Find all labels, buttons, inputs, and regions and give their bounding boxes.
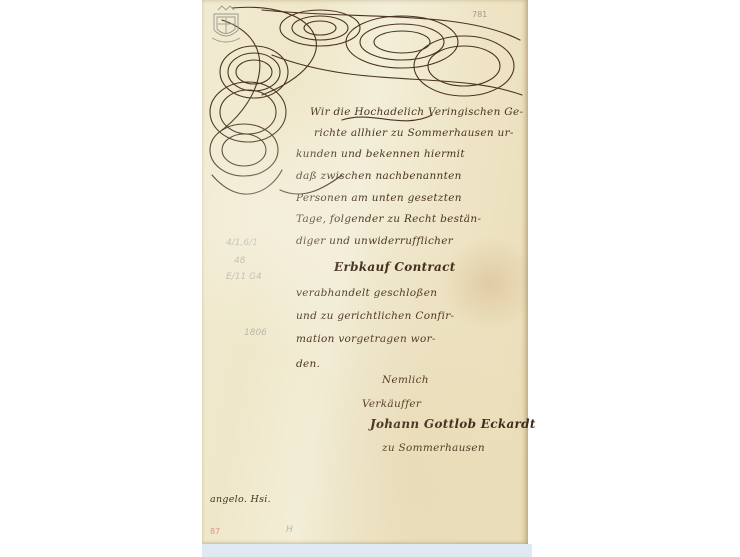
body-line-10: mation vorgetragen wor- bbox=[296, 333, 436, 345]
body-line-5: Personen am unten gesetzten bbox=[296, 192, 462, 204]
margin-note-3: E/11 G4 bbox=[226, 272, 262, 282]
contract-heading: Erbkauf Contract bbox=[334, 260, 456, 274]
body-line-2: richte allhier zu Sommerhausen ur- bbox=[314, 127, 514, 139]
manuscript-page: 781 Wir die Hochadelich Veringischen Ge-… bbox=[202, 0, 528, 545]
body-line-11: den. bbox=[296, 358, 320, 370]
body-line-1: Wir die Hochadelich Veringischen Ge- bbox=[310, 106, 523, 118]
scanner-bottom-band bbox=[202, 544, 532, 557]
signature-name: Johann Gottlob Eckardt bbox=[370, 417, 536, 431]
footer-note: angelo. Hsi. bbox=[210, 494, 271, 505]
body-line-3: kunden und bekennen hiermit bbox=[296, 148, 465, 160]
calligraphic-flourish-icon bbox=[202, 0, 528, 260]
bottom-pencil-mark: H bbox=[286, 525, 293, 535]
body-line-8: verabhandelt geschloßen bbox=[296, 287, 437, 299]
embossed-seal-icon bbox=[208, 4, 244, 46]
margin-note-2: 48 bbox=[234, 256, 245, 266]
signature-line-4: zu Sommerhausen bbox=[382, 442, 485, 454]
bottom-red-mark: 87 bbox=[210, 527, 220, 536]
body-line-4: daß zwischen nachbenannten bbox=[296, 170, 462, 182]
body-line-9: und zu gerichtlichen Confir- bbox=[296, 310, 454, 322]
folio-number: 781 bbox=[472, 10, 487, 19]
margin-note-1: 4/1,6/1 bbox=[226, 238, 258, 248]
margin-note-4: 1806 bbox=[244, 328, 267, 338]
body-line-6: Tage, folgender zu Recht bestän- bbox=[296, 213, 481, 225]
signature-line-1: Nemlich bbox=[382, 374, 429, 386]
body-line-7: diger und unwiderrufflicher bbox=[296, 235, 453, 247]
signature-line-2: Verkäuffer bbox=[362, 398, 421, 410]
